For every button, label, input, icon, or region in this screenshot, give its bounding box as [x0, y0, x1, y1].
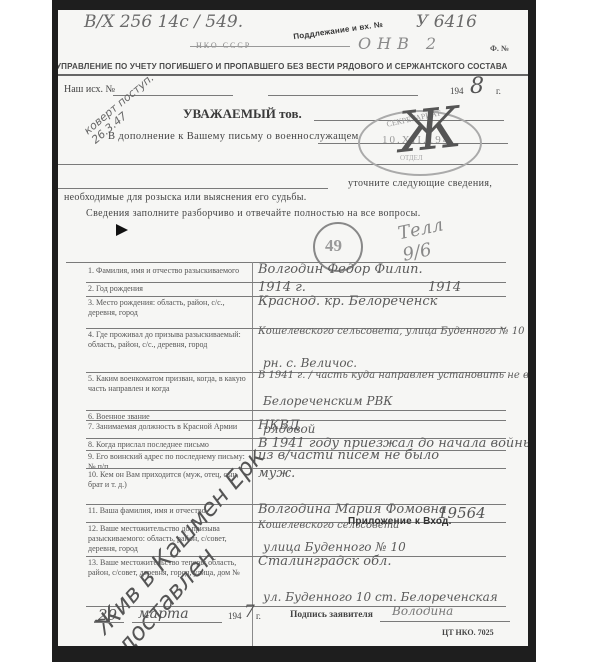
footer-year-suffix: г.	[256, 611, 261, 621]
form-number-label: Ф. №	[490, 44, 509, 53]
signature-label: Подпись заявителя	[290, 610, 373, 620]
form-row-value[interactable]: В 1941 г. / часть куда направлен установ…	[258, 370, 528, 381]
footer-date-month: марта	[138, 606, 189, 622]
circle-stamp-number: 49	[325, 236, 342, 256]
document-page: В/Х 256 14с / 549. НКО СССР Поддлежание …	[58, 10, 528, 646]
form-row-value[interactable]: Кошелевского сельсовета, улица Буденного…	[258, 326, 525, 337]
form-row-value[interactable]: Краснод. кр. Белореченск	[258, 294, 437, 309]
form-row-label: 2. Год рождения	[88, 284, 246, 294]
form-row-value[interactable]: Волгодин Федор Филип.	[258, 262, 423, 277]
our-ref-label: Наш исх. №	[64, 84, 115, 95]
form-row-label: 3. Место рождения: область, район, с/с.,…	[88, 298, 246, 318]
form-row-label: 5. Каким военкоматом призван, когда, в к…	[88, 374, 246, 394]
form-row-value-extra[interactable]: рн. с. Величос.	[263, 356, 357, 370]
year-handwritten: 8	[470, 74, 484, 99]
greeting: УВАЖАЕМЫЙ тов.	[183, 106, 302, 122]
form-row-value[interactable]: Сталинградск обл.	[258, 554, 391, 569]
form-row-label: 8. Когда прислал последнее письмо	[88, 440, 246, 450]
signature-scrawl: Ж	[395, 95, 464, 166]
print-code: ЦТ НКО. 7025	[442, 628, 494, 637]
form-row-value-extra[interactable]: улица Буденного № 10	[263, 540, 406, 554]
form-row-value-extra[interactable]: ул. Буденного 10 ст. Белореченская	[263, 590, 498, 604]
row-divider	[86, 410, 506, 411]
form-row-label: 4. Где проживал до призыва разыскиваемый…	[88, 330, 246, 350]
intro-text: В дополнение к Вашему письму о военнослу…	[108, 131, 359, 142]
arrow-mark-icon	[116, 224, 128, 236]
form-row-value-extra[interactable]: Белореченским РВК	[263, 394, 393, 408]
signature-value: Володина	[392, 604, 453, 618]
handwritten-reference: В/Х 256 14с / 549.	[84, 12, 243, 32]
form-row-value[interactable]: Волгодина Мария Фомовна	[258, 502, 447, 517]
supplement-number: 19564	[438, 504, 486, 522]
footer-year-prefix: 194	[228, 611, 242, 621]
incoming-handwritten-number: У 6416	[416, 12, 477, 32]
form-row-value[interactable]: 1914 г.	[258, 280, 306, 295]
supplement-stamp: Приложение к Вход.	[348, 516, 452, 527]
clarify-text: уточните следующие сведения,	[348, 178, 492, 189]
incoming-handwritten-code: ОНВ 2	[358, 34, 442, 53]
footer-year-hand: 7	[244, 602, 255, 622]
instruction-text: Сведения заполните разборчиво и отвечайт…	[86, 208, 421, 219]
year-suffix: г.	[496, 86, 501, 96]
form-row-value-extra[interactable]: 1914	[428, 280, 461, 295]
header-title: УПРАВЛЕНИЕ ПО УЧЕТУ ПОГИБШЕГО И ПРОПАВШЕ…	[58, 62, 521, 71]
purpose-text: необходимые для розыска или выяснения ег…	[64, 192, 307, 203]
form-row-label: 7. Занимаемая должность в Красной Армии	[88, 422, 246, 432]
form-row-label: 1. Фамилия, имя и отчество разыскиваемог…	[88, 266, 246, 276]
